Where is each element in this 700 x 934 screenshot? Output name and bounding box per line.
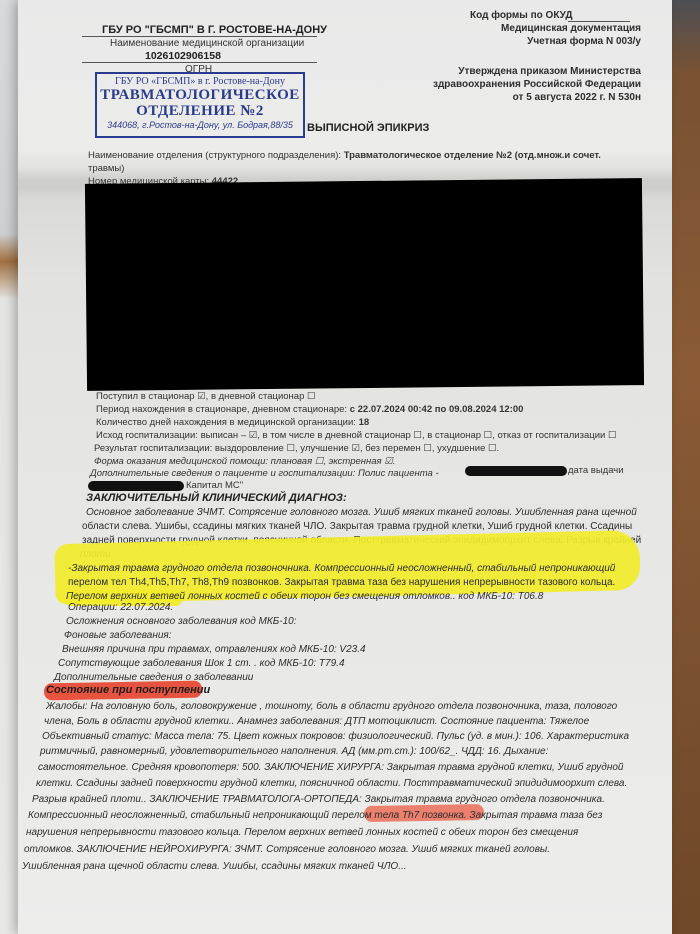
state-line-1: Жалобы: На головную боль, головокружение… <box>46 699 617 714</box>
diagnosis-spine-2: перелом тел Th4,Th5,Th7, Th8,Th9 позвонк… <box>68 575 615 590</box>
organization-name: ГБУ РО "ГБСМП" В Г. РОСТОВЕ-НА-ДОНУ <box>102 24 327 36</box>
background-diseases: Фоновые заболевания: <box>64 628 172 643</box>
approval-line-3: от 5 августа 2022 г. N 530н <box>513 92 641 104</box>
state-line-5: самостоятельное. Средняя кровопотеря: 50… <box>38 760 623 775</box>
days-count-label: Количество дней нахождения в медицинской… <box>96 417 356 428</box>
form-number: Учетная форма N 003/у <box>527 36 641 48</box>
stamp-address: 344068, г.Ростов-на-Дону, ул. Бодрая,88/… <box>97 120 303 130</box>
state-line-3: Объективный статус: Масса тела: 75. Цвет… <box>42 729 629 744</box>
department-value: Травматологическое отделение №2 (отд.мно… <box>344 150 601 161</box>
approval-line-2: здравоохранения Российской Федерации <box>433 79 641 91</box>
state-line-10: отломков. ЗАКЛЮЧЕНИЕ НЕЙРОХИРУРГА: ЗЧМТ.… <box>24 842 550 857</box>
redacted-policy-number <box>465 466 567 476</box>
diagnosis-main-1: Основное заболевание ЗЧМТ. Сотрясение го… <box>86 505 637 520</box>
state-line-11: Ушибленная рана щечной области слева. Уш… <box>22 859 407 874</box>
stamp-title-2: ОТДЕЛЕНИЕ №2 <box>97 103 303 119</box>
state-line-6: клетки. Ссадины задней поверхности грудн… <box>36 776 627 791</box>
organization-caption: Наименование медицинской организации <box>110 38 304 49</box>
external-cause: Внешняя причина при травмах, отравлениях… <box>62 642 366 657</box>
hospitalization-outcome: Исход госпитализации: выписан – ☑, в том… <box>96 430 616 441</box>
okud-label: Код формы по ОКУД <box>470 10 573 22</box>
stay-period-value: с 22.07.2024 00:42 по 09.08.2024 12:00 <box>350 404 524 415</box>
admission-type: Поступил в стационар ☑, в дневной стацио… <box>96 391 316 402</box>
divider <box>82 62 317 63</box>
doc-type: Медицинская документация <box>501 23 641 35</box>
stay-period-line: Период нахождения в стационаре, дневном … <box>96 404 523 415</box>
ogrn-value: 1026102906158 <box>145 50 221 62</box>
complications: Осложнения основного заболевания код МКБ… <box>66 614 297 629</box>
department-value-cont: травмы) <box>88 163 124 174</box>
department-line: Наименование отделения (структурного под… <box>88 150 601 161</box>
state-line-4: ритмичный, равномерный, удовлетворительн… <box>40 744 548 759</box>
approval-line-1: Утверждена приказом Министерства <box>458 66 641 78</box>
stamp-org: ГБУ РО «ГБСМП» в г. Ростове-на-Дону <box>97 76 303 87</box>
state-line-7: Разрыв крайней плоти.. ЗАКЛЮЧЕНИЕ ТРАВМА… <box>32 792 605 807</box>
state-line-2: члена, Боль в области грудной клетки.. А… <box>44 714 589 729</box>
document-title: ВЫПИСНОЙ ЭПИКРИЗ <box>307 122 429 134</box>
okud-field-line <box>568 21 630 22</box>
divider <box>82 36 317 37</box>
hospitalization-result: Результат госпитализации: выздоровление … <box>94 443 499 454</box>
redacted-patient-info <box>85 178 644 391</box>
diagnosis-title: ЗАКЛЮЧИТЕЛЬНЫЙ КЛИНИЧЕСКИЙ ДИАГНОЗ: <box>86 492 347 504</box>
days-count-value: 18 <box>359 417 370 428</box>
state-line-8: Компрессионный неосложненный, стабильный… <box>28 808 602 823</box>
days-count-line: Количество дней нахождения в медицинской… <box>96 417 369 428</box>
department-stamp: ГБУ РО «ГБСМП» в г. Ростове-на-Дону ТРАВ… <box>95 72 305 138</box>
diagnosis-spine-1: -Закрытая травма грудного отдела позвоно… <box>68 561 615 576</box>
concomitant-diseases: Сопутствующие заболевания Шок 1 ст. . ко… <box>58 656 345 671</box>
admission-state-title: Состояние при поступлении <box>46 684 210 696</box>
department-label: Наименование отделения (структурного под… <box>88 150 341 161</box>
stay-period-label: Период нахождения в стационаре, дневном … <box>96 404 347 415</box>
stamp-title-1: ТРАВМАТОЛОГИЧЕСКОЕ <box>97 87 303 103</box>
insurer-name: Капитал МС" <box>186 480 243 491</box>
extra-info-label: Дополнительные сведения о пациенте и гос… <box>90 468 439 479</box>
issue-date-label: дата выдачи <box>568 465 624 476</box>
care-form: Форма оказания медицинской помощи: плано… <box>94 456 395 467</box>
state-line-9: нарушения непрерывности тазового кольца.… <box>26 825 578 840</box>
redacted-policy-detail <box>88 481 184 491</box>
operations-date: Операции: 22.07.2024. <box>68 600 173 615</box>
